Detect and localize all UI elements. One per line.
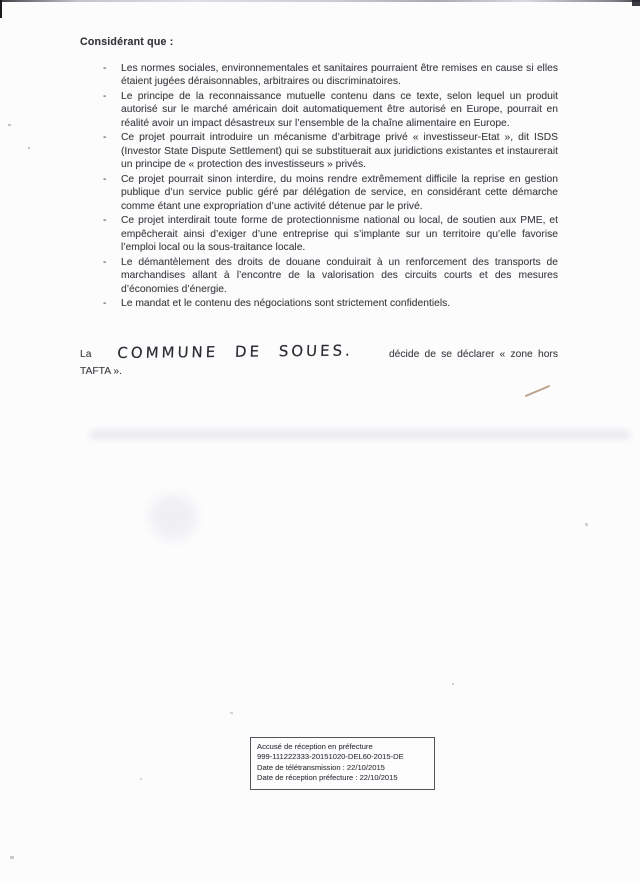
consideration-item: - Le mandat et le contenu des négociatio…: [103, 297, 558, 311]
consideration-item: - Ce projet pourrait sinon interdire, du…: [103, 173, 558, 214]
bullet-dash: -: [103, 131, 121, 172]
consideration-item: - Le principe de la reconnaissance mutue…: [103, 90, 558, 131]
bullet-dash: -: [103, 297, 121, 311]
consideration-text: Le démantèlement des droits de douane co…: [121, 256, 558, 297]
bullet-dash: -: [103, 214, 121, 255]
scan-speck: [230, 712, 233, 714]
scan-artifact-top-edge: [0, 0, 640, 2]
scan-speck: [8, 124, 11, 126]
consideration-text: Ce projet interdirait toute forme de pro…: [121, 214, 558, 255]
consideration-text: Le mandat et le contenu des négociations…: [121, 297, 558, 311]
consideration-item: - Les normes sociales, environnementales…: [103, 62, 558, 89]
considerations-list: - Les normes sociales, environnementales…: [80, 62, 558, 311]
consideration-item: - Le démantèlement des droits de douane …: [103, 256, 558, 297]
document-heading: Considérant que :: [80, 36, 558, 50]
bullet-dash: -: [103, 90, 121, 131]
stamp-lines: Accusé de réception en préfecture999-111…: [257, 742, 429, 784]
stamp-line: Date de réception préfecture : 22/10/201…: [257, 773, 429, 783]
scan-speck: [140, 778, 142, 780]
consideration-text: Les normes sociales, environnementales e…: [121, 62, 558, 89]
consideration-item: - Ce projet pourrait introduire un mécan…: [103, 131, 558, 172]
bullet-dash: -: [103, 256, 121, 297]
prefecture-reception-stamp: Accusé de réception en préfecture999-111…: [250, 737, 435, 790]
handwritten-commune-name: COMMUNE DE SOUES.: [117, 343, 353, 362]
consideration-text: Le principe de la reconnaissance mutuell…: [121, 90, 558, 131]
bullet-dash: -: [103, 173, 121, 214]
scan-speck: [585, 523, 588, 526]
consideration-text: Ce projet pourrait sinon interdire, du m…: [121, 173, 558, 214]
scan-artifact-left-bar: [0, 0, 2, 18]
closing-statement: LaCOMMUNE DE SOUES.décide de se déclarer…: [80, 344, 558, 380]
scan-smudge-band: [90, 430, 630, 439]
scan-speck: [10, 856, 14, 859]
stamp-line: Accusé de réception en préfecture: [257, 742, 429, 752]
consideration-text: Ce projet pourrait introduire un mécanis…: [121, 131, 558, 172]
consideration-item: - Ce projet interdirait toute forme de p…: [103, 214, 558, 255]
scan-smudge-blob: [150, 495, 196, 539]
document-body: Considérant que : - Les normes sociales,…: [80, 36, 558, 312]
scan-artifact-right-corner: [632, 0, 640, 6]
scan-speck: [28, 147, 30, 149]
closing-prefix: La: [80, 349, 91, 360]
bullet-dash: -: [103, 62, 121, 89]
stamp-line: Date de télétransmission : 22/10/2015: [257, 763, 429, 773]
pen-mark: [525, 385, 551, 397]
scanned-document-page: Considérant que : - Les normes sociales,…: [0, 0, 640, 881]
scan-speck: [452, 683, 454, 685]
stamp-line: 999-111222333-20151020-DEL60-2015-DE: [257, 752, 429, 762]
